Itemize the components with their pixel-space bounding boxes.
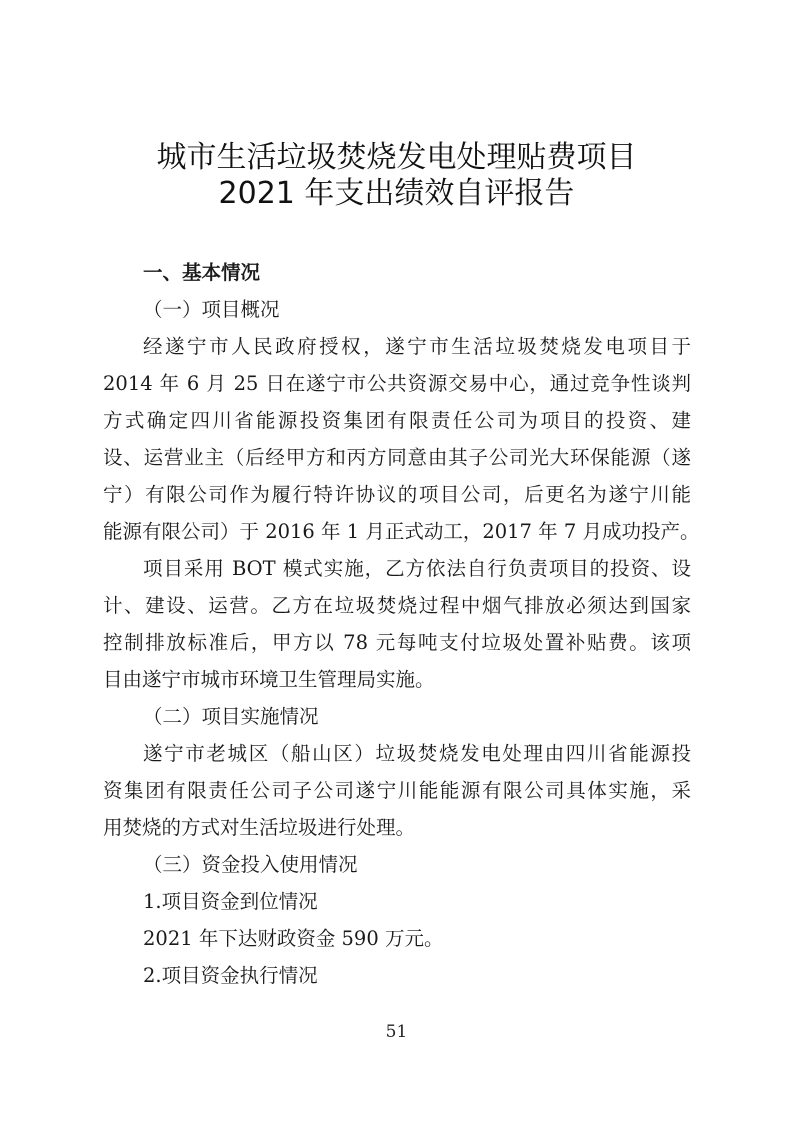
item-heading-funds-execution: 2.项目资金执行情况 [143,961,318,991]
paragraph-line: 经遂宁市人民政府授权，遂宁市生活垃圾焚烧发电项目于 [143,332,691,362]
document-title-line1: 城市生活垃圾焚烧发电处理贴费项目 [0,140,793,176]
section-heading-basic-info: 一、基本情况 [143,258,260,288]
paragraph-line: 设、运营业主（后经甲方和丙方同意由其子公司光大环保能源（遂 [103,443,691,473]
paragraph-line: 能源有限公司）于 2016 年 1 月正式动工，2017 年 7 月成功投产。 [103,517,691,547]
paragraph-line: 遂宁市老城区（船山区）垃圾焚烧发电处理由四川省能源投 [143,739,691,769]
paragraph-line: 控制排放标准后，甲方以 78 元每吨支付垃圾处置补贴费。该项 [103,628,691,658]
paragraph-line: 计、建设、运营。乙方在垃圾焚烧过程中烟气排放必须达到国家 [103,591,691,621]
paragraph-line: 用焚烧的方式对生活垃圾进行处理。 [103,813,415,843]
subsection-heading-project-overview: （一）项目概况 [143,295,280,325]
paragraph-line: 资集团有限责任公司子公司遂宁川能能源有限公司具体实施，采 [103,776,691,806]
document-title-line2: 2021 年支出绩效自评报告 [0,176,793,212]
paragraph-line: 目由遂宁市城市环境卫生管理局实施。 [103,665,435,695]
page-number: 51 [0,1022,793,1042]
paragraph-line: 方式确定四川省能源投资集团有限责任公司为项目的投资、建 [103,406,691,436]
document-page: 城市生活垃圾焚烧发电处理贴费项目 2021 年支出绩效自评报告 一、基本情况 （… [0,0,793,1122]
funds-received-text: 2021 年下达财政资金 590 万元。 [143,924,443,954]
subsection-heading-implementation: （二）项目实施情况 [143,702,319,732]
item-heading-funds-received: 1.项目资金到位情况 [143,887,318,917]
paragraph-line: 项目采用 BOT 模式实施，乙方依法自行负责项目的投资、设 [143,554,691,584]
paragraph-line: 2014 年 6 月 25 日在遂宁市公共资源交易中心，通过竞争性谈判 [103,369,691,399]
paragraph-line: 宁）有限公司作为履行特许协议的项目公司，后更名为遂宁川能 [103,480,691,510]
subsection-heading-funding: （三）资金投入使用情况 [143,850,358,880]
